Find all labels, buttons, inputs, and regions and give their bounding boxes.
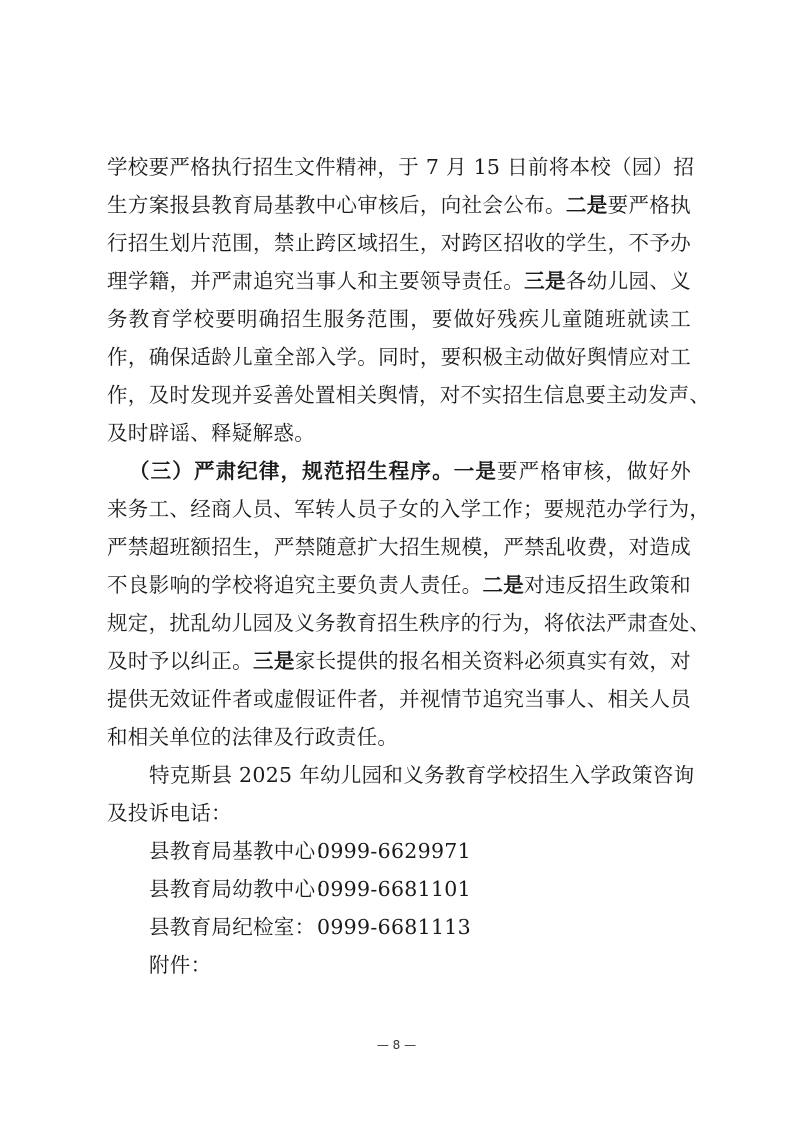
text-line: 规定，扰乱幼儿园及义务教育招生秩序的行为，将依法严肃查处、 (107, 604, 691, 642)
text-line: 行招生划片范围，禁止跨区域招生，对跨区招收的学生，不予办 (107, 224, 691, 262)
phone-number: 0999-6629971 (317, 839, 471, 863)
phone-number: 0999-6681113 (317, 915, 471, 939)
page-number: — 8 — (0, 1038, 793, 1052)
text-line: 务教育学校要明确招生服务范围，要做好残疾儿童随班就读工 (107, 300, 691, 338)
text-line: 提供无效证件者或虚假证件者，并视情节追究当事人、相关人员 (107, 680, 691, 718)
section-heading-line: （三）严肃纪律，规范招生程序。一是要严格审核，做好外 (129, 452, 691, 490)
phone-row-basic-edu: 县教育局基教中心：0999-6629971 (149, 832, 471, 870)
text-line: 不良影响的学校将追究主要负责人责任。二是对违反招生政策和 (107, 566, 691, 604)
phone-number: 0999-6681101 (317, 877, 471, 901)
contact-intro: 特克斯县 2025 年幼儿园和义务教育学校招生入学政策咨询 (149, 756, 691, 794)
text-line: 和相关单位的法律及行政责任。 (107, 718, 398, 756)
text-line: 学校要严格执行招生文件精神，于 7 月 15 日前将本校（园）招 (107, 148, 691, 186)
text-line: 作，确保适龄儿童全部入学。同时，要积极主动做好舆情应对工 (107, 338, 691, 376)
text-line: 生方案报县教育局基教中心审核后，向社会公布。二是要严格执 (107, 186, 691, 224)
text-line: 理学籍，并严肃追究当事人和主要领导责任。三是各幼儿园、义 (107, 262, 691, 300)
section-heading: （三）严肃纪律，规范招生程序。 (129, 459, 454, 483)
text-line: 严禁超班额招生，严禁随意扩大招生规模，严禁乱收费，对造成 (107, 528, 691, 566)
text-line: 及时予以纠正。三是家长提供的报名相关资料必须真实有效，对 (107, 642, 691, 680)
text-line: 来务工、经商人员、军转人员子女的入学工作；要规范办学行为， (107, 490, 691, 528)
text-line: 作，及时发现并妥善处置相关舆情，对不实招生信息要主动发声、 (107, 376, 691, 414)
text-line: 及时辟谣、释疑解惑。 (107, 414, 315, 452)
phone-row-preschool: 县教育局幼教中心：0999-6681101 (149, 870, 471, 908)
contact-intro-cont: 及投诉电话： (107, 794, 232, 832)
phone-row-discipline: 县教育局纪检室：0999-6681113 (149, 908, 471, 946)
attachment-label: 附件： (149, 946, 211, 984)
